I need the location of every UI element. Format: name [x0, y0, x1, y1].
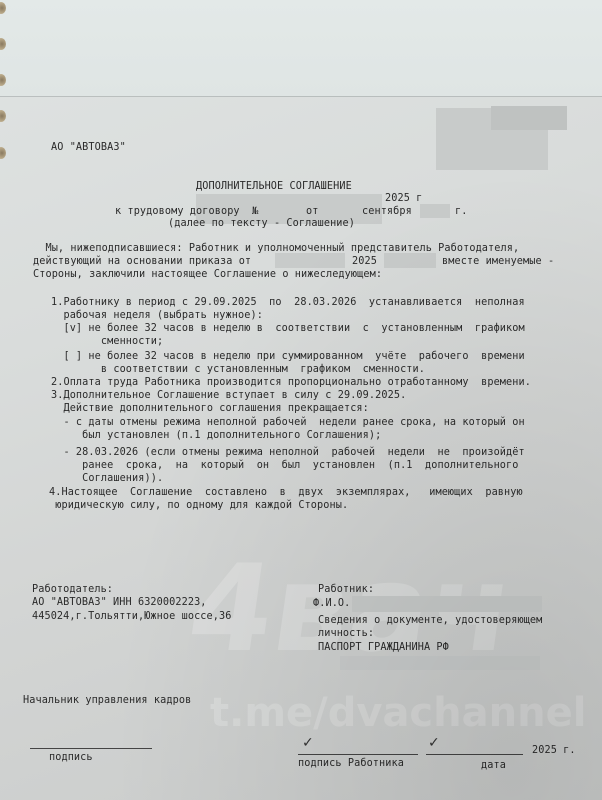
redacted-order-date [275, 253, 345, 268]
clause-3-bullet-2-line-2: ранее срока, на который он был установле… [51, 460, 519, 472]
hr-signature-line[interactable] [30, 748, 152, 749]
redacted-passport [340, 656, 540, 670]
date-caption: дата [481, 760, 506, 772]
hr-title: Начальник управления кадров [23, 695, 191, 707]
company-name: АО "АВТОВАЗ" [51, 142, 126, 154]
clause-4-line-2: юридическую силу, по одному для каждой С… [49, 500, 348, 512]
employee-label: Работник: [318, 584, 374, 596]
binder-hole [0, 147, 6, 159]
option-1-line-2: сменности; [51, 336, 163, 348]
redacted-block [491, 106, 567, 130]
clause-3-bullet-2-line-3: Соглашения)). [51, 473, 163, 485]
signature-year: 2025 г. [532, 745, 576, 757]
heading-date: 2025 г [385, 193, 422, 205]
option-2-unchecked[interactable]: [ ] не более 32 часов в неделю при сумми… [51, 351, 525, 363]
redacted-day [320, 204, 362, 218]
employee-signature-caption: подпись Работника [298, 758, 404, 770]
hr-signature-caption: подпись [49, 752, 93, 764]
clause-1-line-2: рабочая неделя (выбрать нужное): [51, 310, 263, 322]
check-mark-icon: ✓ [302, 735, 314, 751]
preamble-year: 2025 [352, 256, 377, 268]
employer-line-2: 445024,г.Тольятти,Южное шоссе,36 [32, 611, 231, 623]
clause-1-line-1: 1.Работнику в период с 29.09.2025 по 28.… [51, 297, 525, 309]
employee-signature-line[interactable] [298, 754, 418, 755]
option-1-checked[interactable]: [v] не более 32 часов в неделю в соответ… [51, 323, 525, 335]
clause-3-bullet-2-line-1: - 28.03.2026 (если отмены режима неполно… [51, 447, 525, 459]
employee-doc-label-1: Сведения о документе, удостоверяющем [318, 615, 542, 627]
previous-page-fold [0, 0, 602, 96]
contract-year-suffix: г. [455, 206, 467, 218]
employer-label: Работодатель: [32, 584, 113, 596]
preamble-line-3: Стороны, заключили настоящее Соглашение … [33, 269, 382, 281]
employee-doc-label-2: личность: [318, 628, 374, 640]
check-mark-icon: ✓ [428, 735, 440, 751]
redacted-fio [352, 596, 542, 612]
clause-3-line-1: 3.Дополнительное Соглашение вступает в с… [51, 390, 406, 402]
employee-fio-label: Ф.И.О. [313, 598, 350, 610]
watermark-url: t.me/dvachannel [210, 690, 586, 736]
contract-month: сентября [362, 206, 412, 218]
document-subtitle: (далее по тексту - Соглашение) [168, 218, 355, 230]
contract-prefix: к трудовому договору № [115, 206, 258, 218]
contract-from: от [306, 206, 318, 218]
redacted-order-number [384, 253, 436, 268]
employee-doc-value: ПАСПОРТ ГРАЖДАНИНА РФ [318, 642, 449, 654]
date-line[interactable] [426, 754, 523, 755]
clause-3-bullet-1-line-2: был установлен (п.1 дополнительного Согл… [51, 430, 381, 442]
document-heading: ДОПОЛНИТЕЛЬНОЕ СОГЛАШЕНИЕ [196, 181, 352, 193]
binder-hole [0, 110, 6, 122]
option-2-line-2: в соответствии с установленным графиком … [51, 364, 425, 376]
employer-line-1: АО "АВТОВАЗ" ИНН 6320002223, [32, 597, 207, 609]
fold-line [0, 96, 602, 97]
redacted-year [420, 204, 450, 218]
clause-3-line-2: Действие дополнительного соглашения прек… [51, 403, 369, 415]
clause-3-bullet-1-line-1: - с даты отмены режима неполной рабочей … [51, 417, 525, 429]
preamble-line-2: действующий на основании приказа от [33, 256, 251, 268]
document-page: 4вач t.me/dvachannel АО "АВТОВАЗ" ДОПОЛН… [0, 0, 602, 800]
preamble-line-2-end: вместе именуемые - [442, 256, 554, 268]
clause-2: 2.Оплата труда Работника производится пр… [51, 377, 531, 389]
clause-4-line-1: 4.Настоящее Соглашение составлено в двух… [49, 487, 523, 499]
